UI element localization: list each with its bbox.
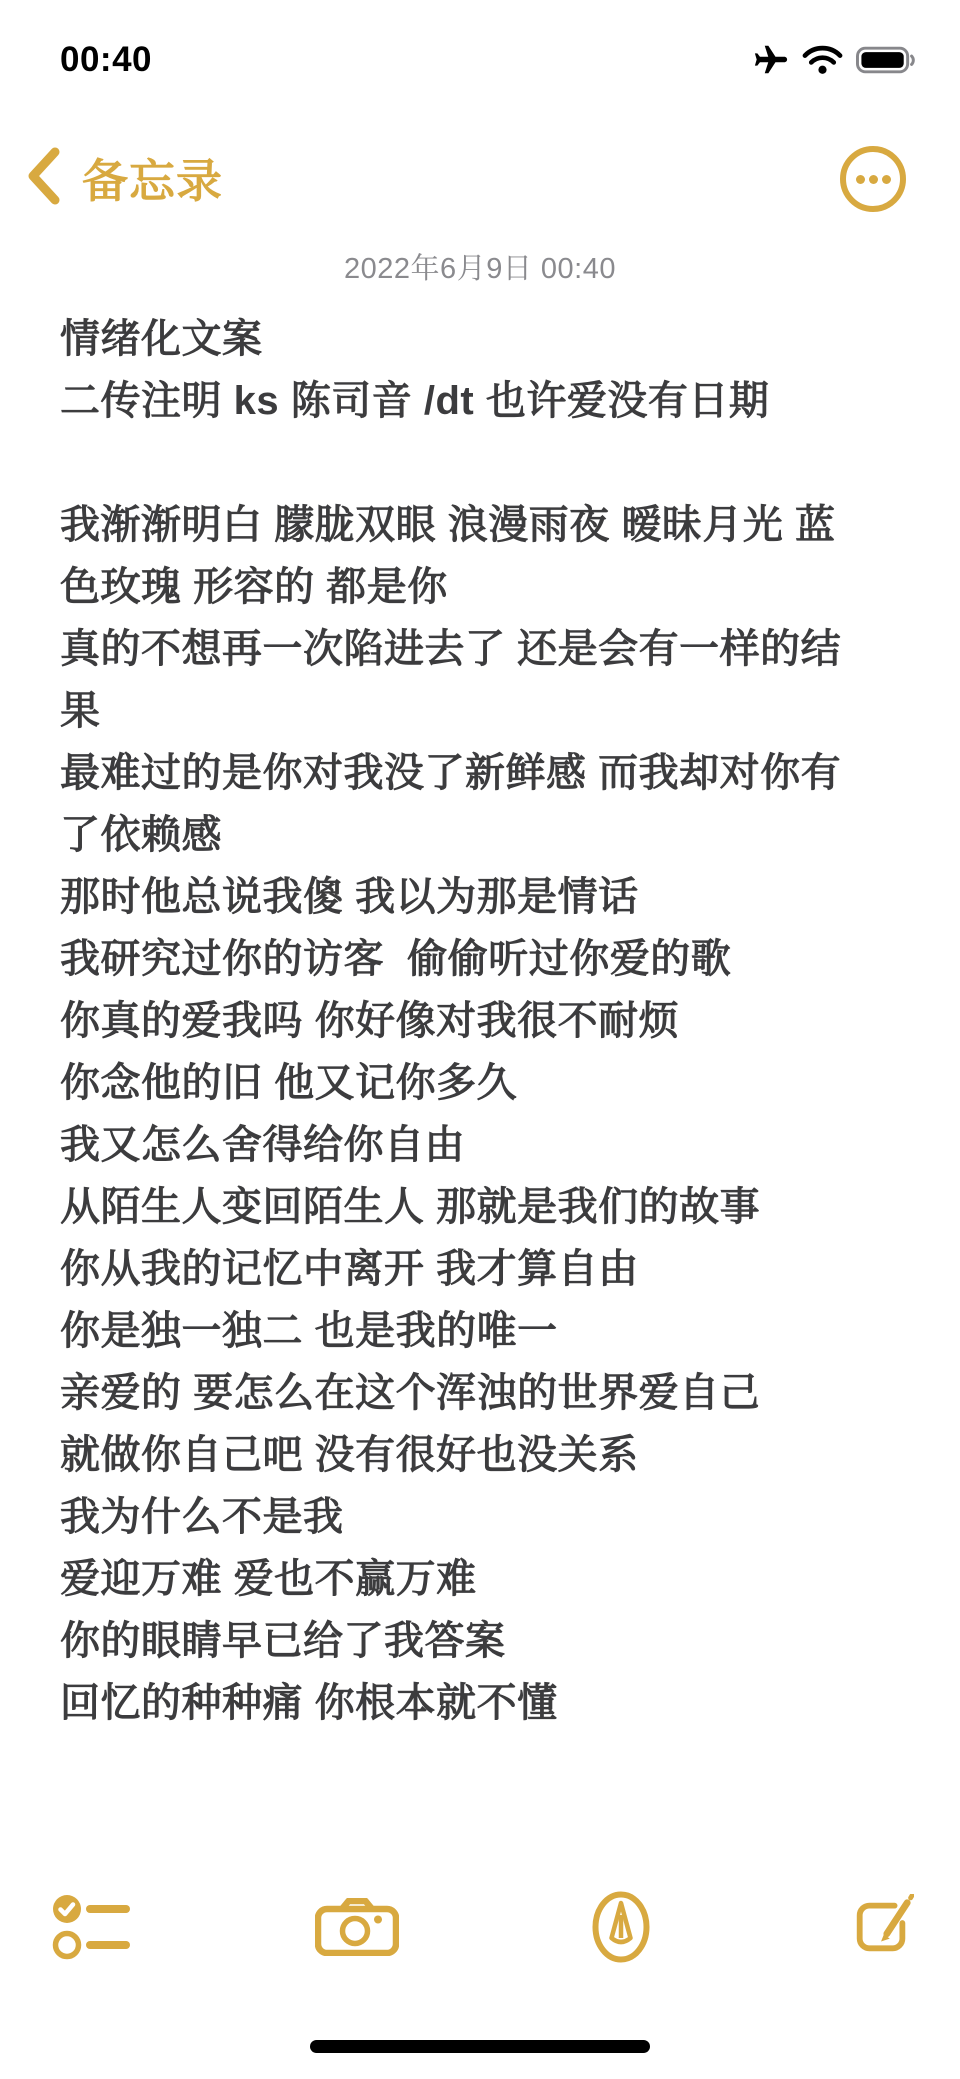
note-line: 我研究过你的访客 偷偷听过你爱的歌 [60,928,930,990]
compose-button[interactable] [850,1894,914,1961]
ellipsis-icon [869,175,878,184]
markup-pen-icon [592,1951,650,1966]
note-line: 爱迎万难 爱也不赢万难 [60,1548,930,1610]
ellipsis-icon [856,175,865,184]
status-time: 00:40 [60,40,152,80]
airplane-mode-icon [753,44,789,80]
battery-icon [856,45,917,80]
note-line: 你真的爱我吗 你好像对我很不耐烦 [60,990,930,1052]
note-line: 你的眼睛早已给了我答案 [60,1610,930,1672]
note-line: 真的不想再一次陷进去了 还是会有一样的结 [60,618,930,680]
note-line: 我又怎么舍得给你自由 [60,1114,930,1176]
chevron-left-icon [26,147,60,210]
note-line: 回忆的种种痛 你根本就不懂 [60,1672,930,1734]
note-line: 我为什么不是我 [60,1486,930,1548]
note-date: 2022年6月9日 00:40 [0,246,960,287]
camera-button[interactable] [315,1898,399,1959]
back-button[interactable]: 备忘录 [26,144,223,212]
note-line: 最难过的是你对我没了新鲜感 而我却对你有 [60,742,930,804]
note-line: 情绪化文案 [60,308,930,370]
note-line: 从陌生人变回陌生人 那就是我们的故事 [60,1176,930,1238]
note-line: 就做你自己吧 没有很好也没关系 [60,1424,930,1486]
note-line: 色玫瑰 形容的 都是你 [60,556,930,618]
checklist-icon [52,1948,132,1963]
note-line: 果 [60,680,930,742]
note-line: 你从我的记忆中离开 我才算自由 [60,1238,930,1300]
compose-icon [850,1946,914,1961]
note-line: 亲爱的 要怎么在这个浑浊的世界爱自己 [60,1362,930,1424]
bottom-toolbar [0,1888,960,1968]
note-line [60,432,930,494]
home-indicator[interactable] [310,2040,650,2053]
checklist-button[interactable] [52,1894,132,1963]
note-line: 了依赖感 [60,804,930,866]
wifi-icon [802,44,843,80]
markup-button[interactable] [592,1891,650,1966]
back-button-label: 备忘录 [82,145,223,211]
status-icons [753,44,917,80]
note-line: 二传注明 ks 陈司音 /dt 也许爱没有日期 [60,370,930,432]
more-options-button[interactable] [840,146,906,212]
note-content[interactable]: 情绪化文案二传注明 ks 陈司音 /dt 也许爱没有日期 我渐渐明白 朦胧双眼 … [60,308,930,1734]
note-line: 那时他总说我傻 我以为那是情话 [60,866,930,928]
note-line: 你是独一独二 也是我的唯一 [60,1300,930,1362]
ellipsis-icon [882,175,891,184]
note-line: 我渐渐明白 朦胧双眼 浪漫雨夜 暧昧月光 蓝 [60,494,930,556]
note-line: 你念他的旧 他又记你多久 [60,1052,930,1114]
camera-icon [315,1944,399,1959]
